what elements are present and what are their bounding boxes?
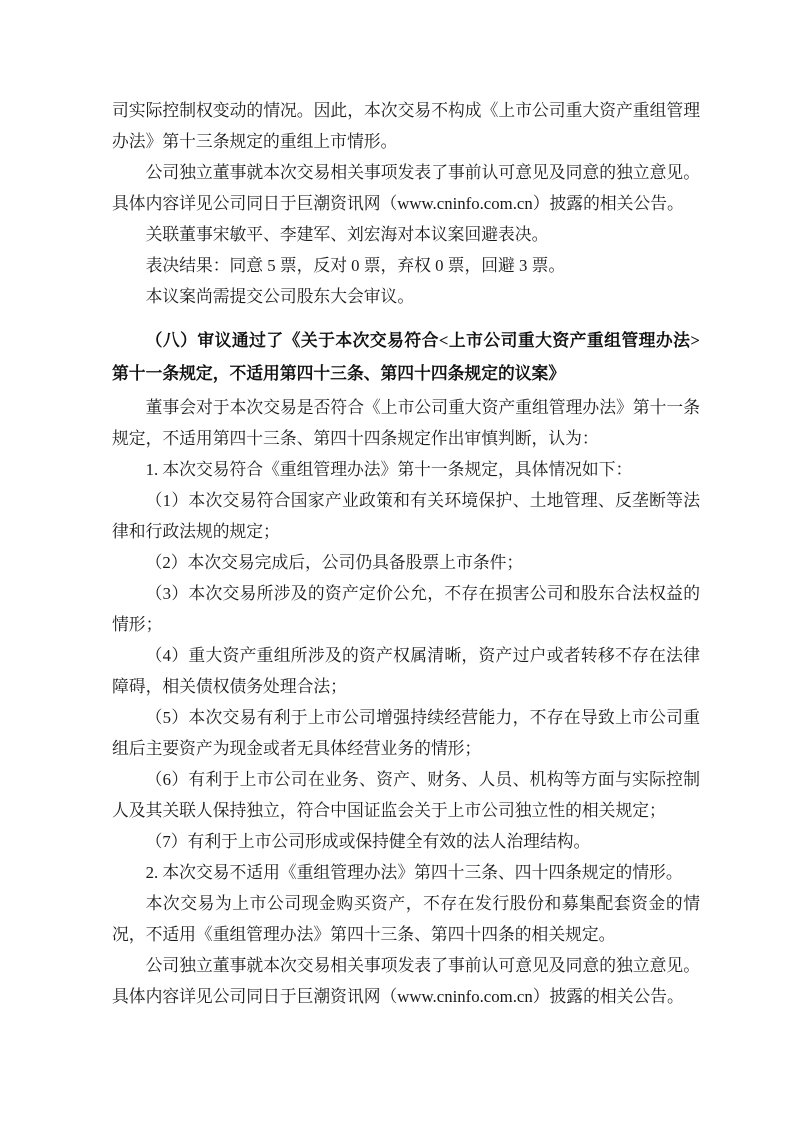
paragraph: 2. 本次交易不适用《重组管理办法》第四十三条、四十四条规定的情形。 (112, 857, 700, 888)
paragraph: （3）本次交易所涉及的资产定价公允，不存在损害公司和股东合法权益的情形； (112, 578, 700, 640)
section-heading: （八）审议通过了《关于本次交易符合<上市公司重大资产重组管理办法>第十一条规定，… (112, 324, 700, 390)
paragraph: 司实际控制权变动的情况。因此，本次交易不构成《上市公司重大资产重组管理办法》第十… (112, 95, 700, 157)
paragraph: 1. 本次交易符合《重组管理办法》第十一条规定，具体情况如下： (112, 454, 700, 485)
paragraph: 公司独立董事就本次交易相关事项发表了事前认可意见及同意的独立意见。具体内容详见公… (112, 157, 700, 219)
paragraph: 本议案尚需提交公司股东大会审议。 (112, 281, 700, 312)
paragraph: （7）有利于上市公司形成或保持健全有效的法人治理结构。 (112, 826, 700, 857)
paragraph: 公司独立董事就本次交易相关事项发表了事前认可意见及同意的独立意见。具体内容详见公… (112, 950, 700, 1012)
paragraph: （5）本次交易有利于上市公司增强持续经营能力，不存在导致上市公司重组后主要资产为… (112, 702, 700, 764)
paragraph: （1）本次交易符合国家产业政策和有关环境保护、土地管理、反垄断等法律和行政法规的… (112, 485, 700, 547)
paragraph: （2）本次交易完成后，公司仍具备股票上市条件； (112, 547, 700, 578)
paragraph: 本次交易为上市公司现金购买资产，不存在发行股份和募集配套资金的情况，不适用《重组… (112, 888, 700, 950)
document-body: 司实际控制权变动的情况。因此，本次交易不构成《上市公司重大资产重组管理办法》第十… (112, 95, 700, 1012)
paragraph: （6）有利于上市公司在业务、资产、财务、人员、机构等方面与实际控制人及其关联人保… (112, 764, 700, 826)
paragraph: 董事会对于本次交易是否符合《上市公司重大资产重组管理办法》第十一条规定，不适用第… (112, 392, 700, 454)
paragraph: 表决结果：同意 5 票，反对 0 票，弃权 0 票，回避 3 票。 (112, 250, 700, 281)
paragraph: 关联董事宋敏平、李建军、刘宏海对本议案回避表决。 (112, 219, 700, 250)
paragraph: （4）重大资产重组所涉及的资产权属清晰，资产过户或者转移不存在法律障碍，相关债权… (112, 640, 700, 702)
document-page: 司实际控制权变动的情况。因此，本次交易不构成《上市公司重大资产重组管理办法》第十… (0, 0, 793, 1122)
